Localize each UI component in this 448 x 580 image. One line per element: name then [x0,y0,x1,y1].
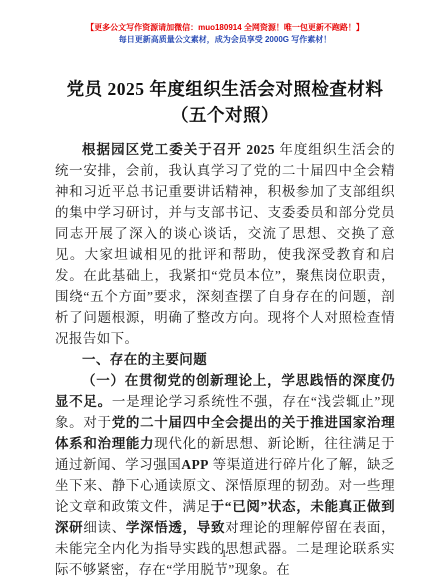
ad-banner: 【更多公文写作资源请加微信：muo180914 全网资源！唯一包更新不跑路！】 … [55,22,395,46]
document-title: 党员 2025 年度组织生活会对照检查材料（五个对照） [55,76,395,128]
text-run: 细读、 [83,520,126,535]
document-page: 【更多公文写作资源请加微信：muo180914 全网资源！唯一包更新不跑路！】 … [0,0,448,580]
intro-paragraph: 根据园区党工委关于召开 2025 年度组织生活会的统一安排，会前，我认真学习了党… [55,139,395,349]
section-heading: 一、存在的主要问题 [55,349,395,370]
text-run: 学深悟透，导致 [126,520,225,535]
text-run: APP [181,457,208,472]
page-number: 1 [0,548,448,560]
ad-line-blue: 每日更新高质量公文素材，成为会员享受 2000G 写作素材！ [55,34,395,46]
document-body: 根据园区党工委关于召开 2025 年度组织生活会的统一安排，会前，我认真学习了党… [55,139,395,580]
text-run: 一、存在的主要问题 [82,352,207,367]
text-run: 根据园区党工委关于召开 2025 [82,142,275,157]
ad-line-red: 【更多公文写作资源请加微信：muo180914 全网资源！唯一包更新不跑路！】 [55,22,395,34]
text-run: 年度组织生活会的统一安排，会前，我认真学习了党的二十届四中全会精神和习近平总书记… [55,142,395,346]
